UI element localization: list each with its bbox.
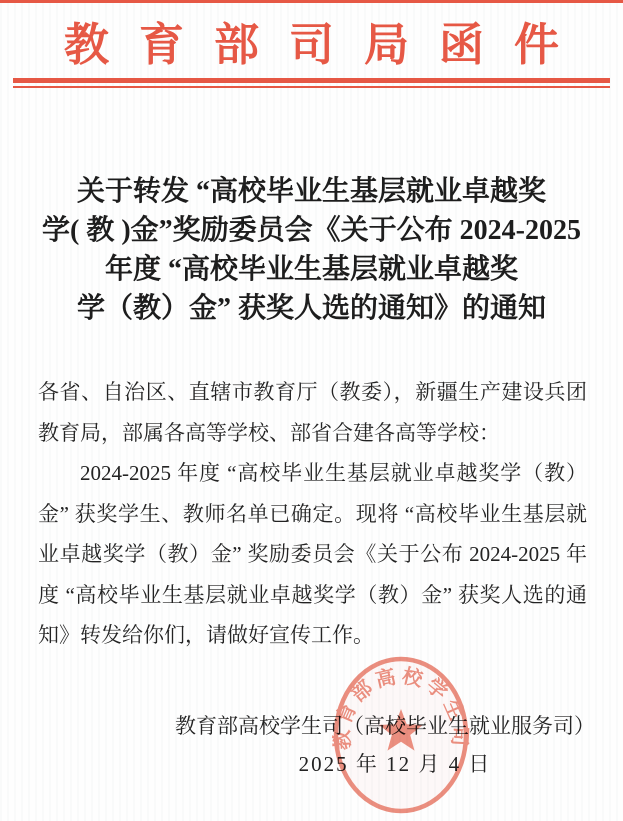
body-line: 各省、自治区、直辖市教育厅（教委），新疆生产建设兵团	[38, 372, 587, 413]
signature-department: 教育部高校学生司（高校毕业生就业服务司）	[175, 710, 595, 740]
title-line: 学（教）金” 获奖人选的通知》的通知	[18, 289, 605, 328]
signature-date: 2025 年 12 月 4 日	[250, 748, 540, 778]
document-title: 关于转发 “高校毕业生基层就业卓越奖 学( 教 )金”奖励委员会《关于公布 20…	[18, 172, 605, 328]
body-line: 度 “高校毕业生基层就业卓越奖学（教）金” 获奖人选的通	[38, 575, 587, 616]
document-page: 教育部司局函件 关于转发 “高校毕业生基层就业卓越奖 学( 教 )金”奖励委员会…	[0, 0, 623, 821]
body-line: 知》转发给你们，请做好宣传工作。	[38, 615, 587, 656]
title-line: 关于转发 “高校毕业生基层就业卓越奖	[18, 172, 605, 211]
body-line: 2024-2025 年度 “高校毕业生基层就业卓越奖学（教）	[38, 453, 587, 494]
divider-thin-rule	[13, 86, 610, 88]
title-line: 年度 “高校毕业生基层就业卓越奖	[18, 250, 605, 289]
title-line: 学( 教 )金”奖励委员会《关于公布 2024-2025	[18, 211, 605, 250]
top-red-rule	[0, 0, 623, 3]
body-line: 金” 获奖学生、教师名单已确定。现将 “高校毕业生基层就	[38, 494, 587, 535]
document-body: 各省、自治区、直辖市教育厅（教委），新疆生产建设兵团 教育局，部属各高等学校、部…	[38, 372, 587, 656]
letterhead-title: 教育部司局函件	[0, 8, 623, 73]
letterhead-divider	[13, 78, 610, 88]
body-line: 业卓越奖学（教）金” 奖励委员会《关于公布 2024-2025 年	[38, 534, 587, 575]
body-line: 教育局，部属各高等学校、部省合建各高等学校：	[38, 413, 587, 454]
